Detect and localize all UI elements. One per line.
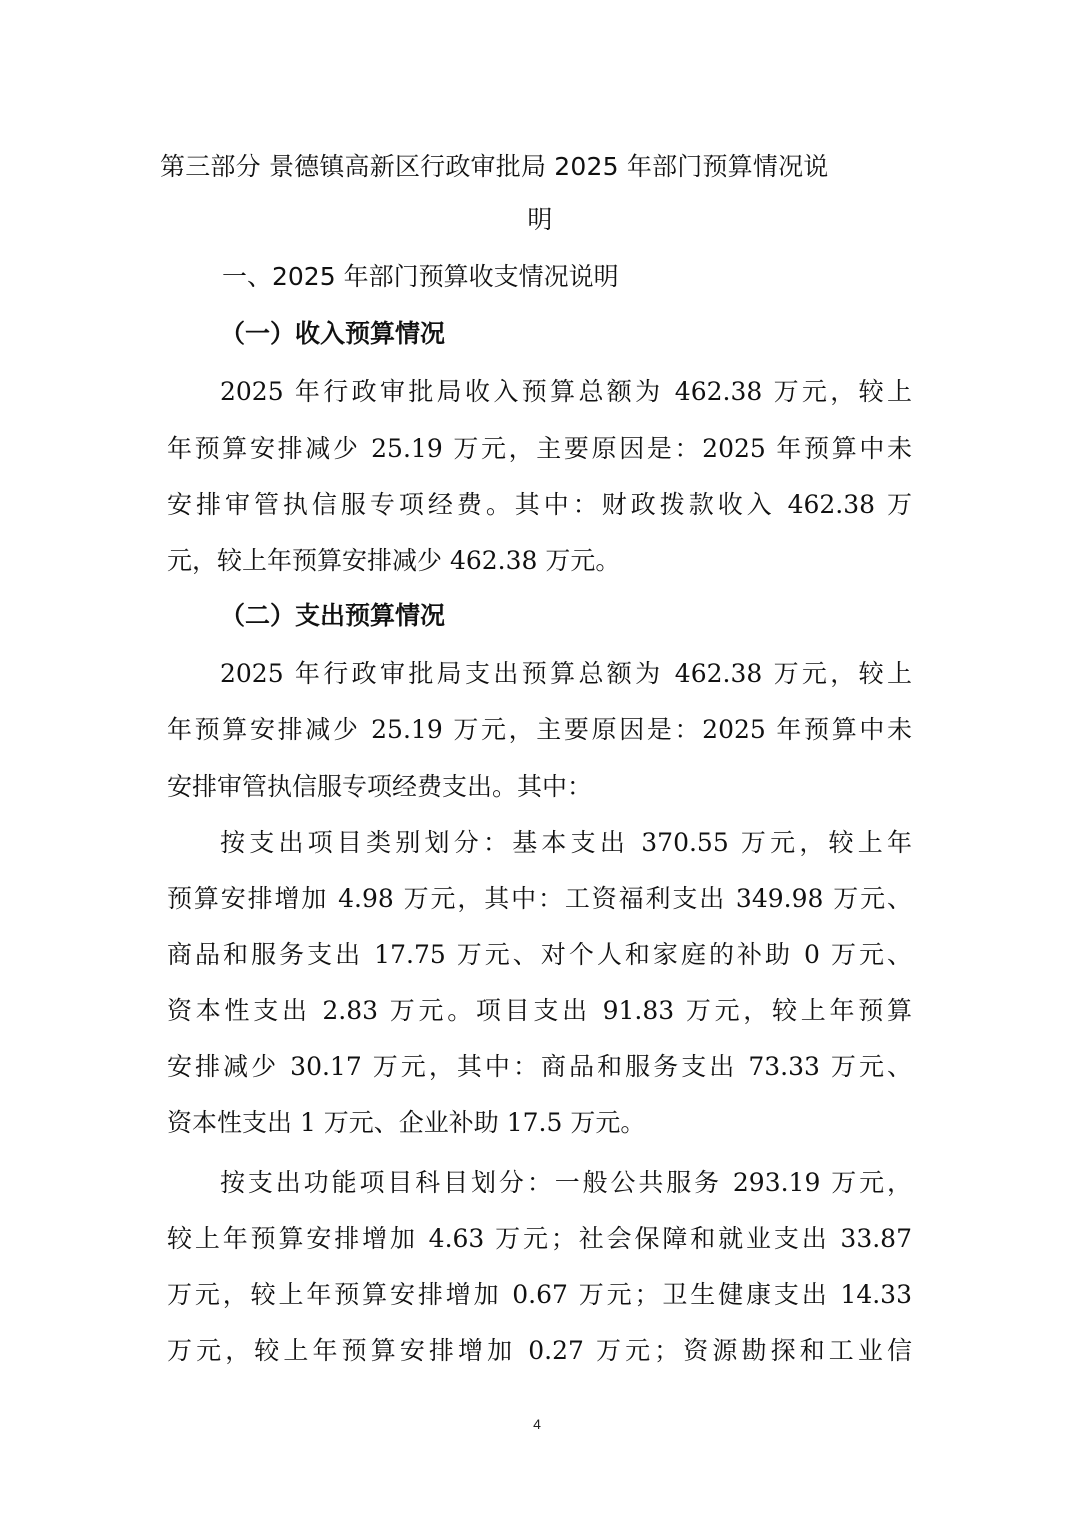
function-paragraph-line: 较上年预算安排增加 4.63 万元；社会保障和就业支出 33.87: [167, 1219, 912, 1255]
income-paragraph-line: 元，较上年预算安排减少 462.38 万元。: [167, 541, 912, 577]
category-paragraph-line: 按支出项目类别划分：基本支出 370.55 万元，较上年: [220, 823, 912, 859]
category-paragraph-line: 安排减少 30.17 万元，其中：商品和服务支出 73.33 万元、: [167, 1047, 912, 1083]
subheading-expenditure-budget: （二）支出预算情况: [220, 596, 445, 632]
function-paragraph-line: 按支出功能项目科目划分：一般公共服务 293.19 万元，: [220, 1163, 912, 1199]
category-paragraph-line: 商品和服务支出 17.75 万元、对个人和家庭的补助 0 万元、: [167, 935, 912, 971]
section-heading-budget-overview: 一、2025 年部门预算收支情况说明: [222, 257, 619, 293]
income-paragraph-line: 年预算安排减少 25.19 万元，主要原因是：2025 年预算中未: [167, 429, 912, 465]
income-paragraph-line: 2025 年行政审批局收入预算总额为 462.38 万元，较上: [220, 372, 912, 408]
expenditure-paragraph-line: 年预算安排减少 25.19 万元，主要原因是：2025 年预算中未: [167, 710, 912, 746]
function-paragraph-line: 万元，较上年预算安排增加 0.67 万元；卫生健康支出 14.33: [167, 1275, 912, 1311]
subheading-income-budget: （一）收入预算情况: [220, 314, 445, 350]
document-title-line-2: 明: [160, 200, 920, 236]
category-paragraph-line: 资本性支出 1 万元、企业补助 17.5 万元。: [167, 1103, 912, 1139]
function-paragraph-line: 万元，较上年预算安排增加 0.27 万元；资源勘探和工业信: [167, 1331, 912, 1367]
income-paragraph-line: 安排审管执信服专项经费。其中：财政拨款收入 462.38 万: [167, 485, 912, 521]
page-number: 4: [0, 1416, 1074, 1432]
document-page: 第三部分 景德镇高新区行政审批局 2025 年部门预算情况说 明 一、2025 …: [0, 0, 1074, 1520]
category-paragraph-line: 资本性支出 2.83 万元。项目支出 91.83 万元，较上年预算: [167, 991, 912, 1027]
document-title-line-1: 第三部分 景德镇高新区行政审批局 2025 年部门预算情况说: [160, 147, 920, 183]
expenditure-paragraph-line: 2025 年行政审批局支出预算总额为 462.38 万元，较上: [220, 654, 912, 690]
expenditure-paragraph-line: 安排审管执信服专项经费支出。其中：: [167, 767, 912, 803]
category-paragraph-line: 预算安排增加 4.98 万元，其中：工资福利支出 349.98 万元、: [167, 879, 912, 915]
